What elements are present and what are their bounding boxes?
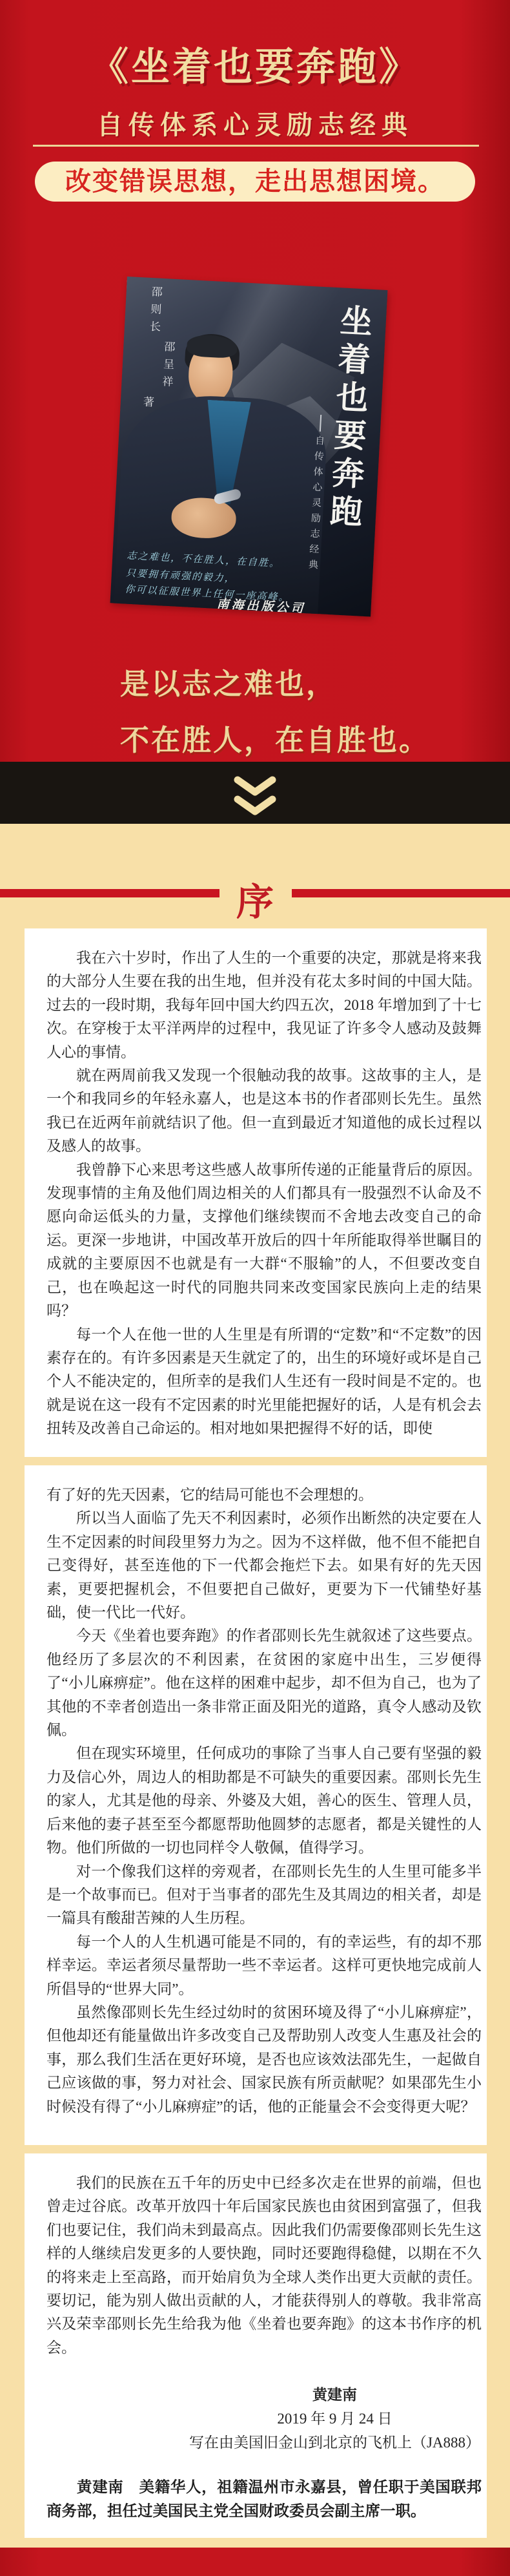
preface-heading: 序 bbox=[0, 872, 510, 926]
footer-band bbox=[0, 2548, 510, 2576]
paragraph: 我们的民族在五千年的历史中已经多次走在世界的前端，但也曾走过谷底。改革开放四十年… bbox=[46, 2172, 482, 2360]
cover-author-suffix: 著 bbox=[143, 393, 154, 410]
signature-block: 黄建南 2019 年 9 月 24 日 写在由美国旧金山到北京的飞机上（JA88… bbox=[189, 2383, 480, 2455]
paragraph: 每一个人的人生机遇可能是不同的，有的幸运些，有的却不那样幸运。幸运者须尽量帮助一… bbox=[46, 1931, 482, 2001]
paragraph: 对一个像我们这样的旁观者，在邵则长先生的人生里可能多半是一个故事而已。但对于当事… bbox=[46, 1860, 482, 1931]
hero-quote-line-2: 不在胜人，在自胜也。 bbox=[120, 717, 430, 759]
divider-band bbox=[0, 762, 510, 824]
paragraph: 所以当人面临了先天不利因素时，必须作出断然的决定要在人生不定因素的时间段里努力为… bbox=[46, 1507, 482, 1624]
signature-date: 2019 年 9 月 24 日 bbox=[189, 2407, 480, 2431]
preface-card-1: 我在六十岁时，作出了人生的一个重要的决定，那就是将来我的大部分人生要在我的出生地… bbox=[25, 928, 487, 1457]
preface-card-3: 我们的民族在五千年的历史中已经多次走在世界的前端，但也曾走过谷底。改革开放四十年… bbox=[25, 2153, 487, 2538]
cover-author-1: 邵则长 bbox=[145, 286, 164, 339]
double-chevron-down-icon bbox=[232, 776, 278, 816]
signature-location: 写在由美国旧金山到北京的飞机上（JA888） bbox=[189, 2431, 480, 2455]
paragraph: 每一个人在他一世的人生里是有所谓的“定数”和“不定数”的因素存在的。有许多因素是… bbox=[46, 1323, 482, 1441]
paragraph: 就在两周前我又发现一个很触动我的故事。这故事的主人，是一个和我同乡的年轻永嘉人，… bbox=[46, 1064, 482, 1158]
paragraph: 虽然像邵则长先生经过幼时的贫困环境及得了“小儿麻痹症”，但他却还有能量做出许多改… bbox=[46, 2001, 482, 2119]
paragraph: 今天《坐着也要奔跑》的作者邵则长先生就叙述了这些要点。他经历了多层次的不利因素，… bbox=[46, 1624, 482, 1742]
page-subtitle: 自传体系心灵励志经典 bbox=[0, 105, 510, 141]
signature-name: 黄建南 bbox=[189, 2383, 480, 2407]
hero-quote-line-1: 是以志之难也， bbox=[120, 667, 337, 700]
divider-line bbox=[33, 145, 479, 147]
cover-subtitle-dash bbox=[319, 415, 321, 432]
author-bio-footnote: 黄建南 美籍华人，祖籍温州市永嘉县，曾任职于美国联邦商务部，担任过美国民主党全国… bbox=[46, 2475, 482, 2523]
paragraph: 我曾静下心来思考这些感人故事所传递的正能量背后的原因。发现事情的主角及他们周边相… bbox=[46, 1158, 482, 1323]
preface-card-2: 有了好的先天因素，它的结局可能也不会理想的。 所以当人面临了先天不利因素时，必须… bbox=[25, 1465, 487, 2145]
paragraph: 我在六十岁时，作出了人生的一个重要的决定，那就是将来我的大部分人生要在我的出生地… bbox=[46, 947, 482, 1064]
paragraph: 有了好的先天因素，它的结局可能也不会理想的。 bbox=[46, 1483, 482, 1507]
hero-quote: 是以志之难也， 不在胜人，在自胜也。 bbox=[120, 660, 430, 759]
slogan-text: 改变错误思想，走出思想困境。 bbox=[35, 162, 475, 202]
book-cover: 邵则长 邵呈祥 著 坐着也要奔跑 自传体心灵励志经典 志之难也，不在胜人，在自胜… bbox=[110, 277, 388, 616]
page-title: 《坐着也要奔跑》 bbox=[0, 36, 510, 92]
promo-page: 《坐着也要奔跑》 自传体系心灵励志经典 改变错误思想，走出思想困境。 邵则长 邵… bbox=[0, 0, 510, 2576]
slogan-banner: 改变错误思想，走出思想困境。 bbox=[35, 162, 475, 202]
preface-section: 序 我在六十岁时，作出了人生的一个重要的决定，那就是将来我的大部分人生要在我的出… bbox=[0, 824, 510, 2548]
cover-author-2: 邵呈祥 bbox=[158, 340, 177, 393]
paragraph: 但在现实环境里，任何成功的事除了当事人自己要有坚强的毅力及信心外，周边人的相助都… bbox=[46, 1742, 482, 1859]
hero-section: 《坐着也要奔跑》 自传体系心灵励志经典 改变错误思想，走出思想困境。 邵则长 邵… bbox=[0, 0, 510, 762]
